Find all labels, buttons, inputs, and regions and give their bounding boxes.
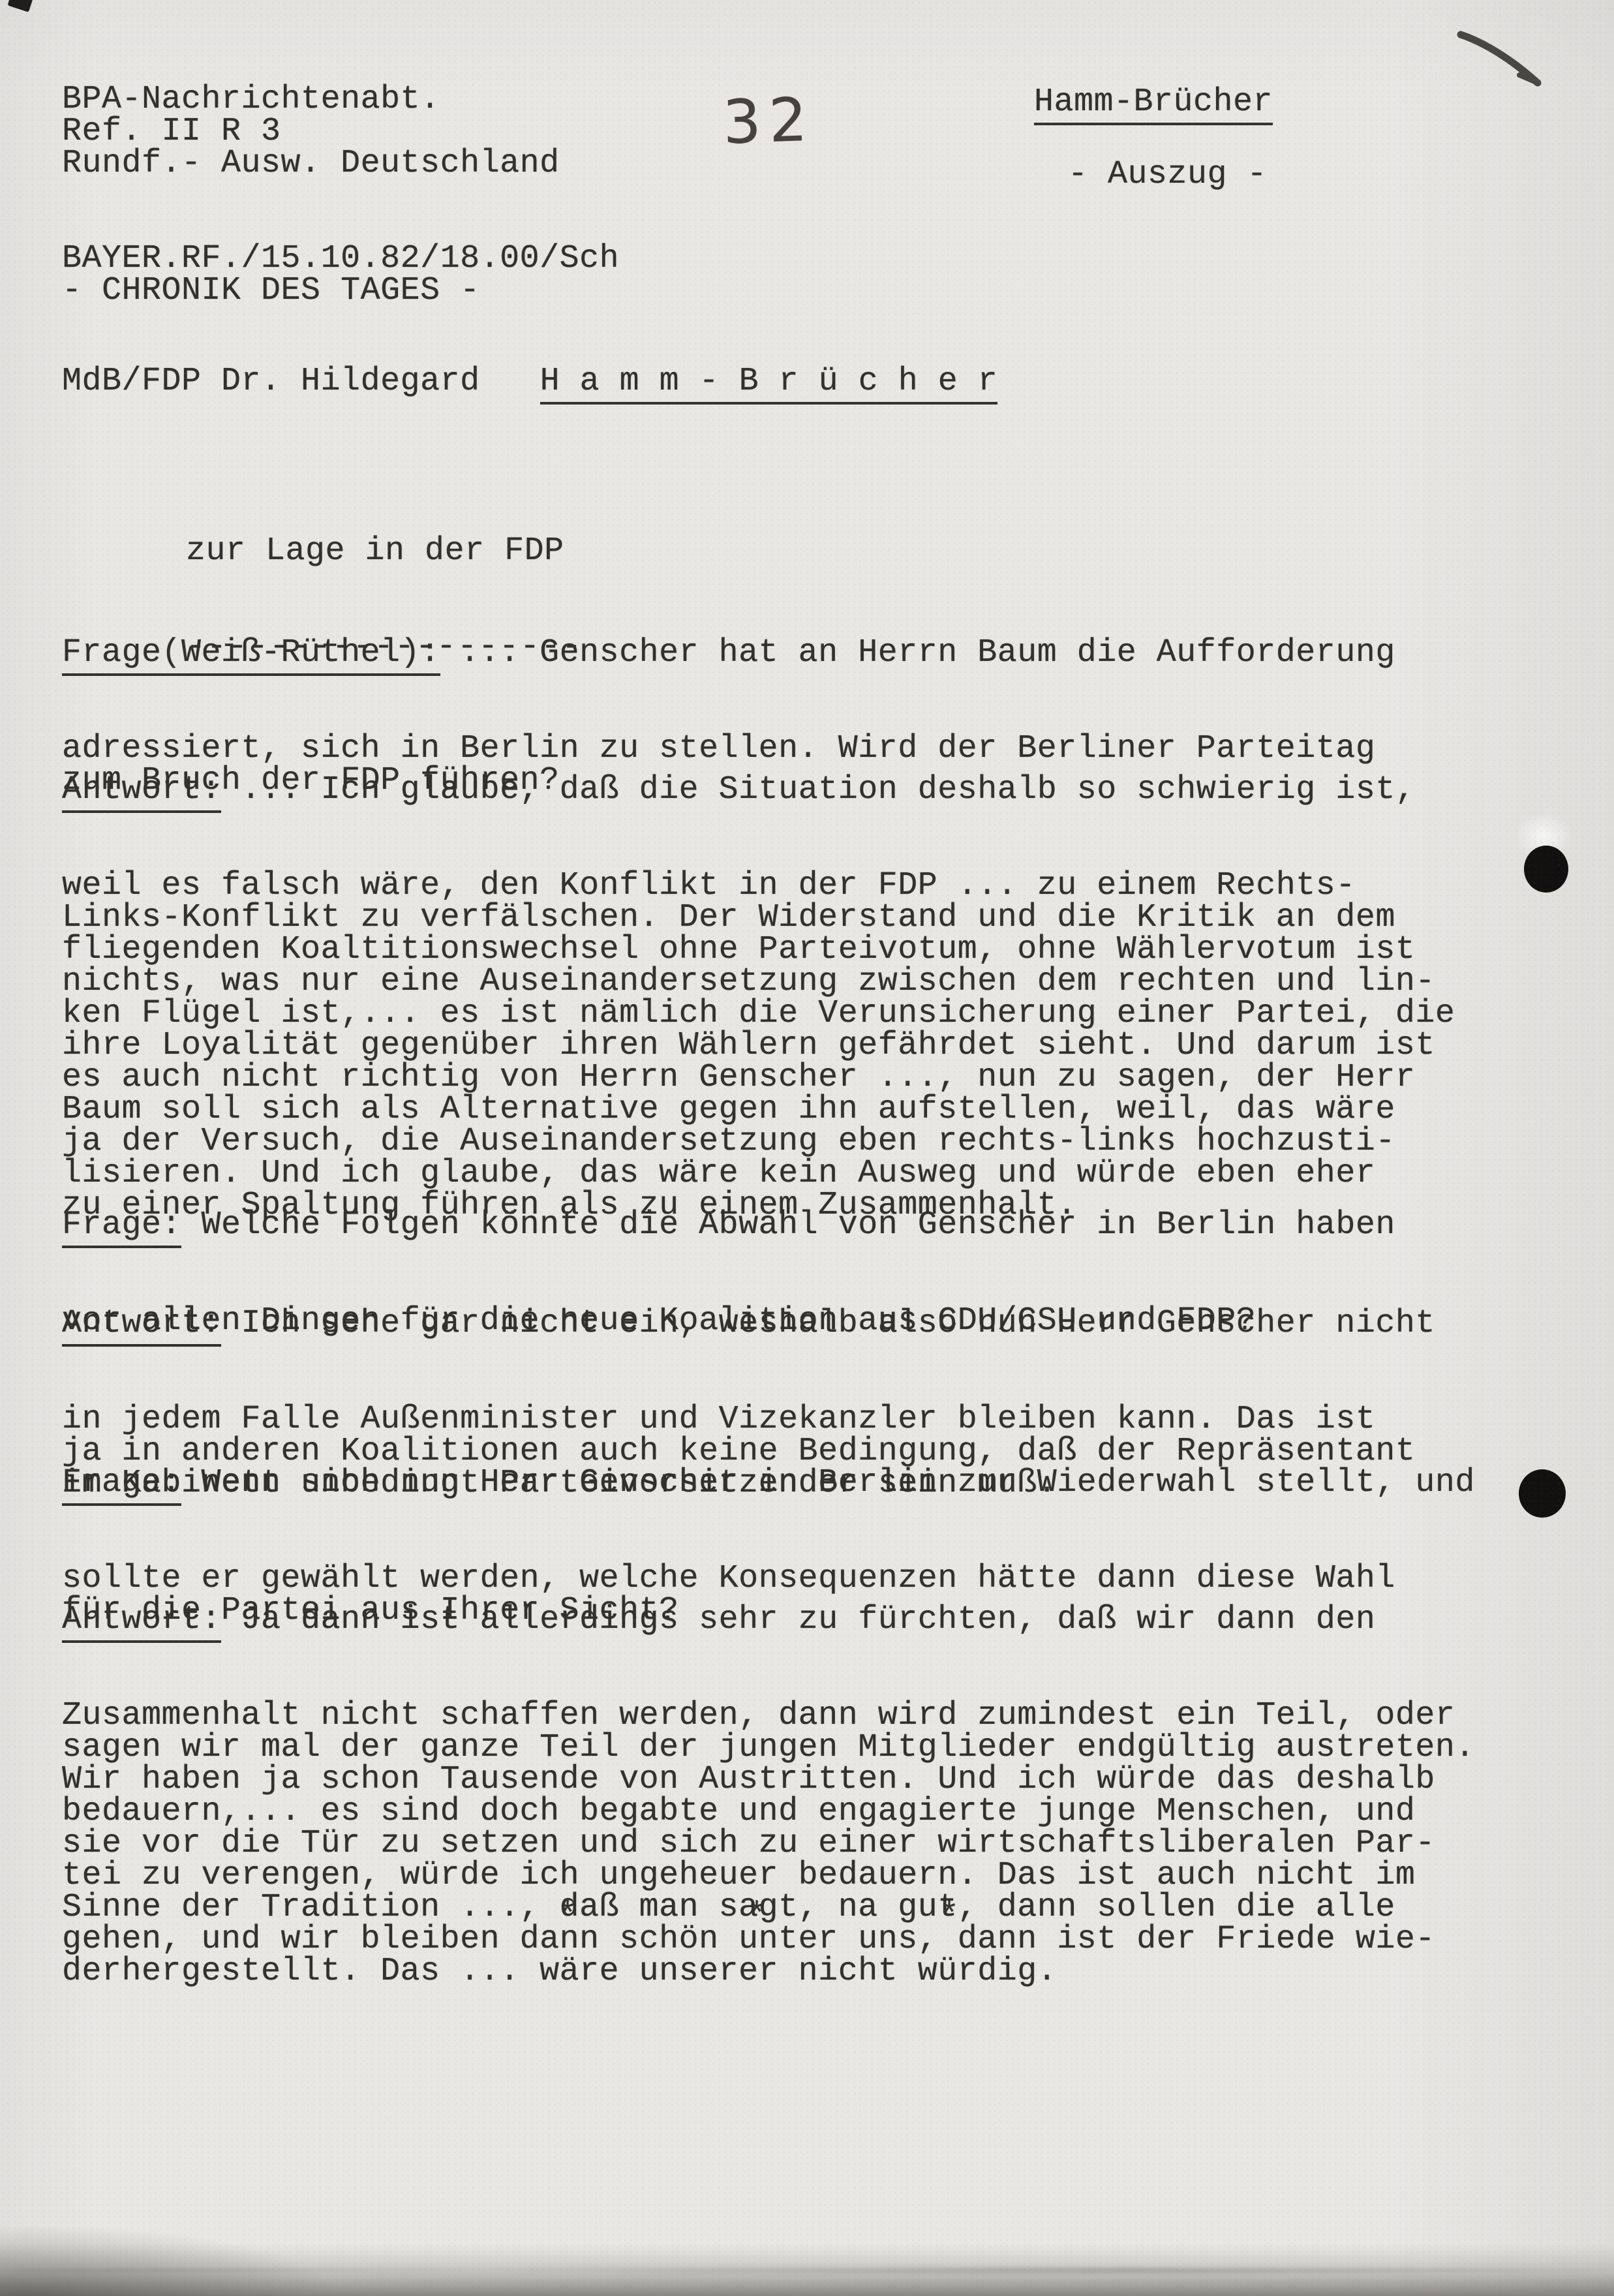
qa-first-line: Antwort: Ja dann ist allerdings sehr zu …: [62, 1604, 1475, 1636]
qa-first-text: Ja dann ist allerdings sehr zu fürchten,…: [221, 1601, 1375, 1638]
speaker-line: MdB/FDP Dr. HildegardH a m m - B r ü c h…: [62, 365, 997, 397]
agency-block: BPA-Nachrichtenabt. Ref. II R 3 Rundf.- …: [62, 84, 560, 179]
speaker-name: H a m m - B r ü c h e r: [540, 363, 998, 405]
handwritten-page-number: 32: [722, 90, 815, 153]
header-right-title-text: Hamm-Brücher: [1034, 84, 1273, 125]
subject-title: zur Lage in der FDP: [186, 535, 583, 567]
scan-edge-nick: [7, 0, 33, 12]
document-page: BPA-Nachrichtenabt. Ref. II R 3 Rundf.- …: [0, 0, 1614, 2296]
footer-star: *: [747, 1900, 767, 1932]
footer-star: *: [939, 1900, 960, 1932]
qa-first-text: Wenn sich nun Herr Genscher in Berlin zu…: [181, 1464, 1475, 1501]
qa-first-line: Frage: Wenn sich nun Herr Genscher in Be…: [62, 1467, 1475, 1499]
qa-body-lines: Zusammenhalt nicht schaffen werden, dann…: [62, 1700, 1475, 1987]
qa-label: Frage:: [62, 1464, 181, 1506]
qa-first-line: Antwort: ... Ich glaube, daß die Situati…: [62, 774, 1455, 806]
qa-first-text: Ich sehe gar nicht ein, weshalb also nun…: [221, 1305, 1435, 1342]
qa-first-text: ... Genscher hat an Herrn Baum die Auffo…: [440, 634, 1395, 671]
qa-label: Antwort:: [62, 1601, 221, 1643]
header-right-subtitle: - Auszug -: [1068, 159, 1267, 191]
qa-first-line: Frage(Weiß-Rüthel): ... Genscher hat an …: [62, 637, 1395, 669]
qa-label: Antwort:: [62, 1305, 221, 1347]
qa-first-text: Welche Folgen könnte die Abwahl von Gens…: [181, 1206, 1395, 1244]
qa-label: Antwort:: [62, 771, 221, 813]
speaker-prefix: MdB/FDP Dr. Hildegard: [62, 363, 480, 400]
qa-first-line: Antwort: Ich sehe gar nicht ein, weshalb…: [62, 1308, 1435, 1339]
punch-hole-bottom: [1519, 1469, 1566, 1518]
qa-paragraph: Antwort: Ja dann ist allerdings sehr zu …: [62, 1540, 1475, 2051]
pen-corner-mark: [1452, 23, 1569, 108]
footer-star: *: [558, 1900, 578, 1932]
qa-first-line: Frage: Welche Folgen könnte die Abwahl v…: [62, 1209, 1395, 1241]
header-right-title: Hamm-Brücher: [1034, 86, 1273, 118]
broadcast-block: BAYER.RF./15.10.82/18.00/Sch - CHRONIK D…: [62, 243, 619, 307]
qa-label: Frage(Weiß-Rüthel):: [62, 634, 440, 676]
qa-first-text: ... Ich glaube, daß die Situation deshal…: [221, 771, 1415, 808]
qa-label: Frage:: [62, 1206, 181, 1248]
punch-hole-top: [1524, 846, 1568, 893]
scan-bottom-shade: [0, 2244, 1614, 2296]
